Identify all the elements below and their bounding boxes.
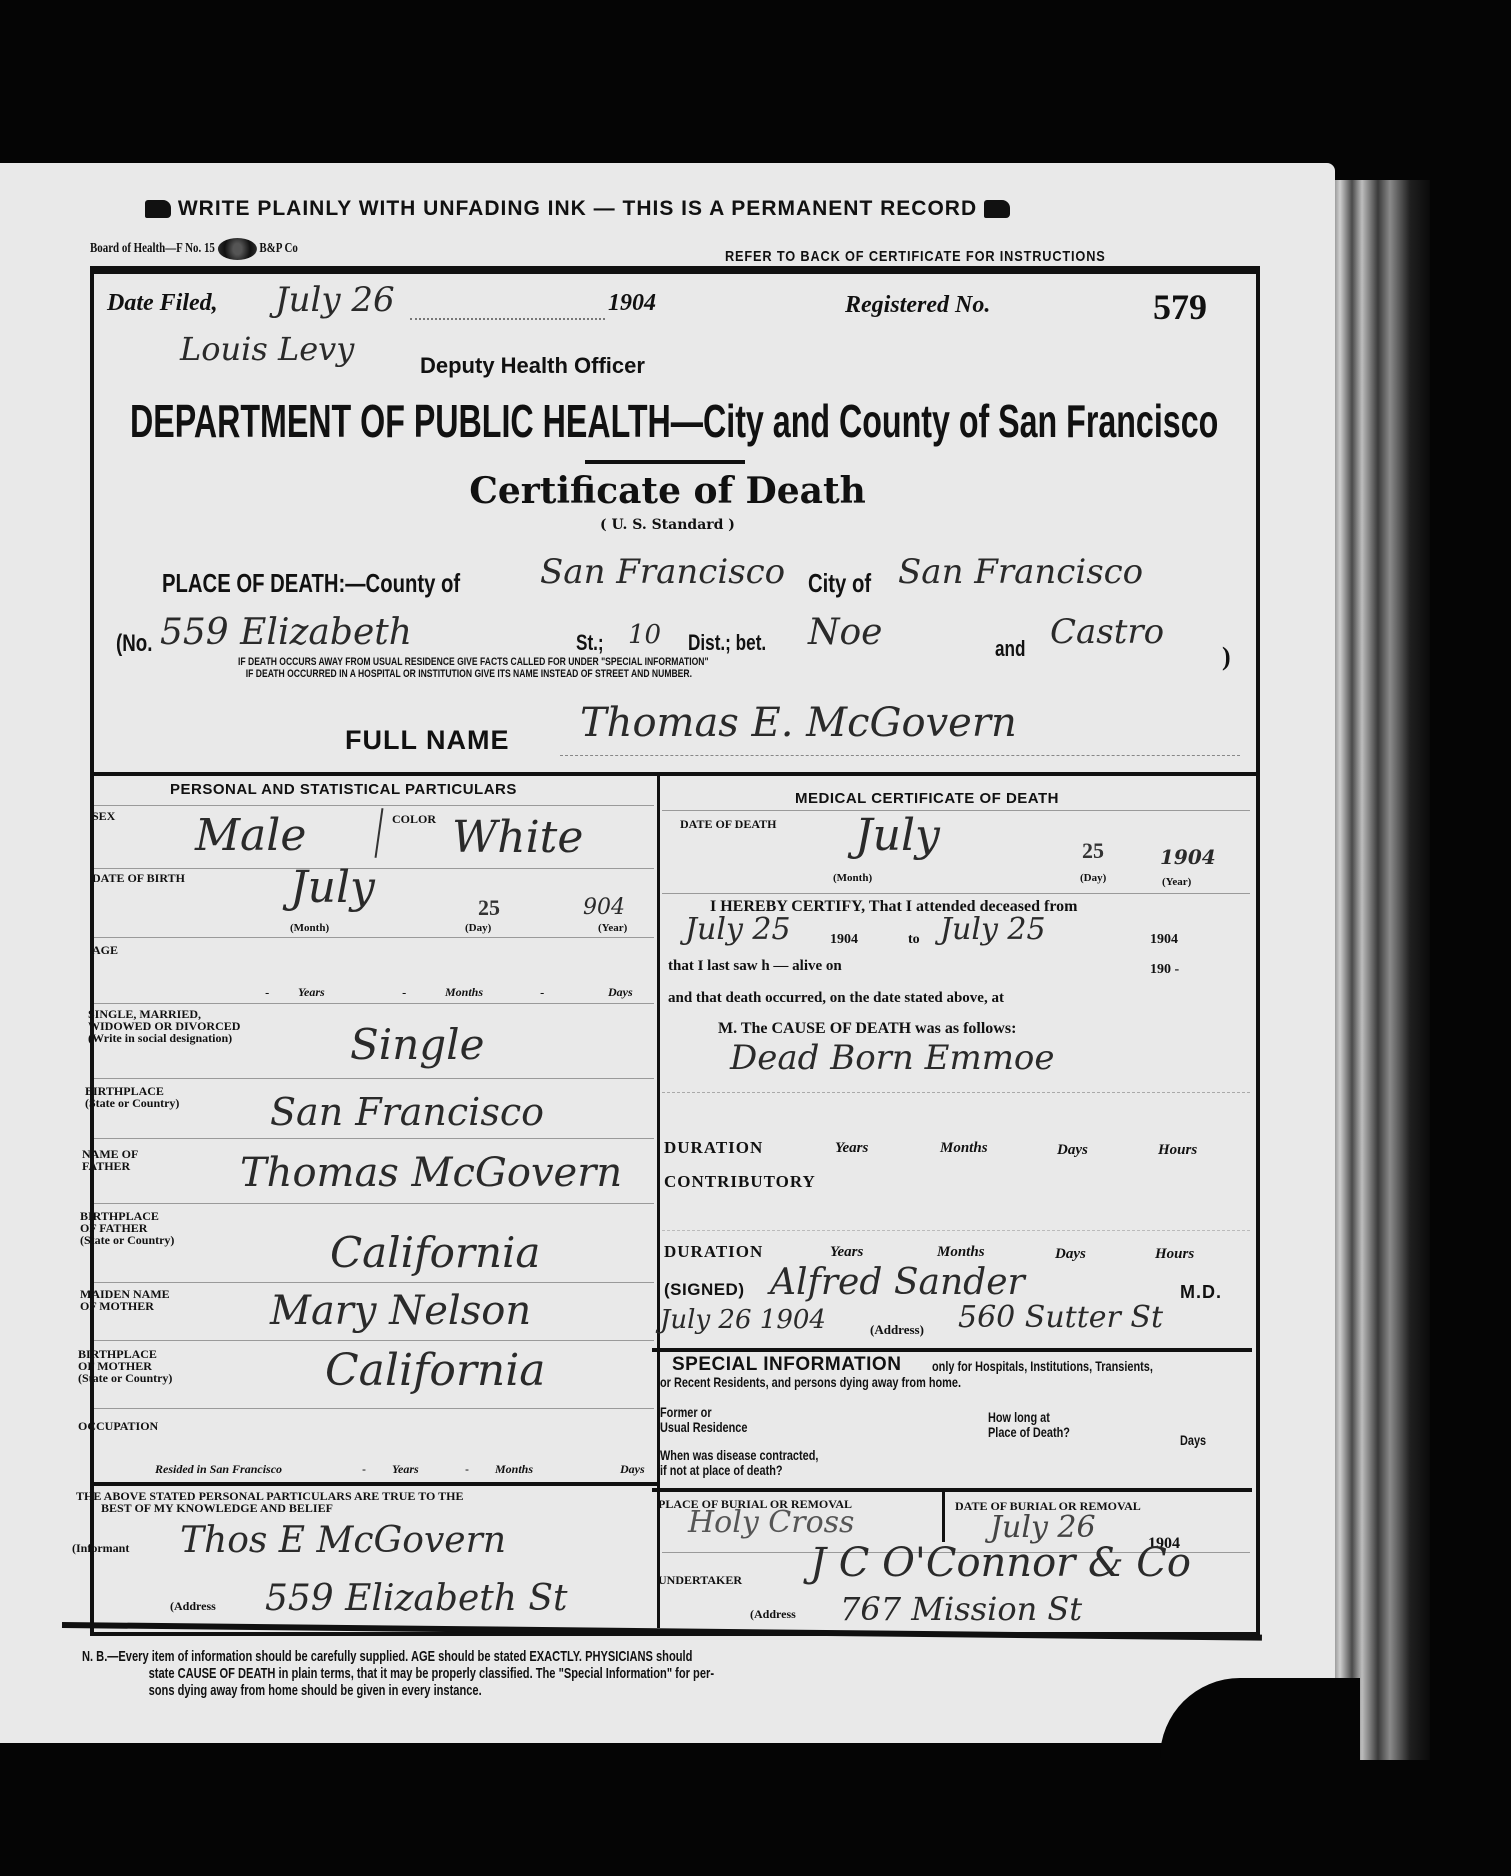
sex-value: Male [195, 810, 306, 861]
officer-signature: Louis Levy [180, 330, 354, 368]
informant-statement: THE ABOVE STATED PERSONAL PARTICULARS AR… [76, 1490, 463, 1514]
row-rule [662, 810, 1250, 811]
informant-address-value: 559 Elizabeth St [265, 1578, 567, 1619]
md-label: M.D. [1180, 1282, 1222, 1303]
age-label: AGE [92, 944, 118, 956]
month-caption: (Month) [290, 922, 329, 934]
st-label: St.; [576, 630, 604, 656]
death-year: 1904 [1160, 845, 1216, 869]
date-filed-label: Date Filed, [107, 290, 218, 317]
duration-label: DURATION [664, 1138, 763, 1158]
ledger-binding [1330, 180, 1430, 1760]
row-rule [94, 937, 654, 938]
district-between-label: Dist.; bet. [688, 630, 766, 656]
mother-name-label: MAIDEN NAME OF MOTHER [80, 1288, 170, 1312]
duration-days: Days [1057, 1142, 1088, 1159]
attended-from-year: 1904 [830, 932, 858, 948]
physician-signature: Alfred Sander [770, 1262, 1025, 1303]
death-occurred-text: and that death occurred, on the date sta… [668, 990, 1004, 1007]
signed-label: (SIGNED) [664, 1280, 745, 1300]
death-month: July [855, 810, 940, 861]
birthplace-value: San Francisco [270, 1090, 544, 1134]
informant-value: Thos E McGovern [180, 1520, 506, 1561]
form-id: Board of Health—F No. 15 B&P Co [90, 238, 298, 260]
special-rule [652, 1348, 1252, 1352]
contracted-label: When was disease contracted, if not at p… [660, 1448, 818, 1478]
between-street-1: Noe [808, 612, 882, 653]
date-of-death-label: DATE OF DEATH [680, 818, 776, 830]
special-heading: SPECIAL INFORMATION [672, 1354, 901, 1376]
footnote: N. B.—Every item of information should b… [82, 1648, 714, 1699]
age-days-caption: Days [608, 985, 633, 1000]
street-address: 559 Elizabeth [160, 612, 412, 653]
to-label: to [908, 932, 920, 948]
special-subtext-2: or Recent Residents, and persons dying a… [660, 1374, 961, 1390]
registered-label: Registered No. [845, 292, 990, 319]
undertaker-address-label: (Address [750, 1608, 796, 1620]
death-month-caption: (Month) [833, 872, 872, 884]
and-label: and [995, 636, 1026, 662]
dob-label: DATE OF BIRTH [92, 872, 185, 884]
special-subtext-1: only for Hospitals, Institutions, Transi… [932, 1358, 1153, 1374]
close-paren: ) [1222, 642, 1231, 672]
dob-day: 25 [478, 895, 500, 921]
row-rule [94, 1282, 654, 1283]
father-name-label: NAME OF FATHER [82, 1148, 138, 1172]
dob-month: July [290, 862, 375, 913]
row-rule [94, 1078, 654, 1079]
undertaker-address-value: 767 Mission St [840, 1590, 1082, 1628]
undertaker-value: J C O'Connor & Co [810, 1540, 1191, 1586]
row-rule [662, 1230, 1250, 1231]
row-rule [94, 1138, 654, 1139]
top-rule [90, 266, 1260, 272]
page-shadow [1160, 1678, 1360, 1876]
informant-label: (Informant [72, 1542, 129, 1554]
sex-label: SEX [92, 810, 115, 822]
resided-label: Resided in San Francisco [155, 1462, 282, 1477]
father-birthplace-label: BIRTHPLACE OF FATHER (State or Country) [80, 1210, 174, 1246]
informant-rule [90, 1482, 658, 1486]
department-title: DEPARTMENT OF PUBLIC HEALTH—City and Cou… [130, 394, 1218, 448]
row-rule [662, 1092, 1250, 1093]
how-long-days: Days [1180, 1432, 1206, 1448]
duration2-days: Days [1055, 1246, 1086, 1263]
former-residence-label: Former or Usual Residence [660, 1405, 747, 1435]
mother-birthplace-label: BIRTHPLACE OF MOTHER (State or Country) [78, 1348, 172, 1384]
instructions-note: REFER TO BACK OF CERTIFICATE FOR INSTRUC… [725, 248, 1106, 265]
mother-birthplace-value: California [325, 1345, 546, 1396]
father-birthplace-value: California [330, 1228, 540, 1277]
father-name-value: Thomas McGovern [240, 1150, 622, 1196]
resided-days-caption: Days [620, 1462, 645, 1477]
age-months-caption: Months [445, 985, 483, 1000]
age-months-value: - [402, 985, 406, 1000]
last-saw-text: that I last saw h — alive on [668, 958, 842, 975]
cause-label: M. The CAUSE OF DEATH was as follows: [718, 1020, 1016, 1038]
mother-name-value: Mary Nelson [270, 1288, 531, 1334]
row-rule [94, 1340, 654, 1341]
full-name-rule [560, 755, 1240, 756]
date-filed-year: 1904 [608, 290, 656, 317]
full-name-label: FULL NAME [345, 725, 510, 756]
death-day: 25 [1082, 838, 1104, 864]
date-filed-value: July 26 [275, 280, 395, 320]
physician-address: 560 Sutter St [958, 1300, 1163, 1335]
duration-hours: Hours [1158, 1142, 1197, 1159]
full-name-value: Thomas E. McGovern [580, 700, 1017, 746]
day-caption: (Day) [465, 922, 491, 934]
county-value: San Francisco [540, 552, 785, 592]
occupation-label: OCCUPATION [78, 1420, 158, 1432]
section-rule [90, 772, 1260, 776]
duration2-years: Years [830, 1244, 863, 1261]
pointing-hand-icon [984, 200, 1010, 218]
marital-label: SINGLE, MARRIED, WIDOWED OR DIVORCED (Wr… [88, 1008, 240, 1044]
attended-from-date: July 25 [685, 912, 791, 947]
certificate-title: Certificate of Death [0, 470, 1335, 512]
resided-months-caption: Months [495, 1462, 533, 1477]
duration-years: Years [835, 1140, 868, 1157]
place-note: IF DEATH OCCURS AWAY FROM USUAL RESIDENC… [238, 656, 709, 680]
age-years-value: - [265, 985, 269, 1000]
city-label: City of [808, 568, 871, 599]
standard-caption: ( U. S. Standard ) [0, 517, 1335, 533]
resided-years-value: - [362, 1462, 366, 1476]
marital-value: Single [350, 1020, 484, 1069]
age-days-value: - [540, 985, 544, 1000]
attended-to-date: July 25 [940, 912, 1046, 947]
street-no-label: (No. [116, 630, 152, 658]
duration-months: Months [940, 1140, 988, 1157]
undertaker-label: UNDERTAKER [658, 1574, 742, 1586]
burial-rule [652, 1488, 1252, 1492]
row-rule [94, 1408, 654, 1409]
date-filed-rule [410, 318, 605, 320]
place-of-death-label: PLACE OF DEATH:—County of [162, 568, 460, 599]
union-seal-icon [218, 238, 257, 260]
color-value: White [452, 812, 583, 863]
title-rule [585, 460, 745, 464]
duration-label-2: DURATION [664, 1242, 763, 1262]
cause-value: Dead Born Emmoe [730, 1038, 1055, 1078]
registered-number: 579 [1153, 286, 1207, 328]
death-year-caption: (Year) [1162, 876, 1191, 888]
personal-heading: PERSONAL AND STATISTICAL PARTICULARS [170, 781, 517, 798]
row-rule [94, 805, 654, 806]
duration2-months: Months [937, 1244, 985, 1261]
last-saw-year: 190 - [1150, 962, 1179, 978]
row-rule [94, 1203, 654, 1204]
death-day-caption: (Day) [1080, 872, 1106, 884]
informant-address-label: (Address [170, 1600, 216, 1612]
warning-header: WRITE PLAINLY WITH UNFADING INK — THIS I… [145, 197, 1010, 221]
how-long-label: How long at Place of Death? [988, 1410, 1070, 1440]
physician-address-label: (Address) [870, 1322, 924, 1338]
contributory-label: CONTRIBUTORY [664, 1172, 816, 1192]
resided-months-value: - [465, 1462, 469, 1476]
attended-to-year: 1904 [1150, 932, 1178, 948]
signed-date: July 26 1904 [660, 1305, 826, 1335]
birthplace-label: BIRTHPLACE (State or Country) [85, 1085, 179, 1109]
burial-divider [942, 1492, 945, 1542]
resided-years-caption: Years [392, 1462, 419, 1477]
row-rule [94, 1003, 654, 1004]
burial-place-value: Holy Cross [688, 1505, 854, 1540]
between-street-2: Castro [1050, 612, 1164, 652]
dob-year: 904 [583, 895, 625, 920]
row-rule [662, 893, 1250, 894]
duration2-hours: Hours [1155, 1246, 1194, 1263]
year-caption: (Year) [598, 922, 627, 934]
pointing-hand-icon [145, 200, 171, 218]
district-value: 10 [628, 620, 661, 650]
medical-heading: MEDICAL CERTIFICATE OF DEATH [795, 790, 1059, 807]
age-years-caption: Years [298, 985, 325, 1000]
city-value: San Francisco [898, 552, 1143, 592]
officer-title: Deputy Health Officer [420, 353, 645, 379]
color-label: COLOR [392, 813, 436, 825]
